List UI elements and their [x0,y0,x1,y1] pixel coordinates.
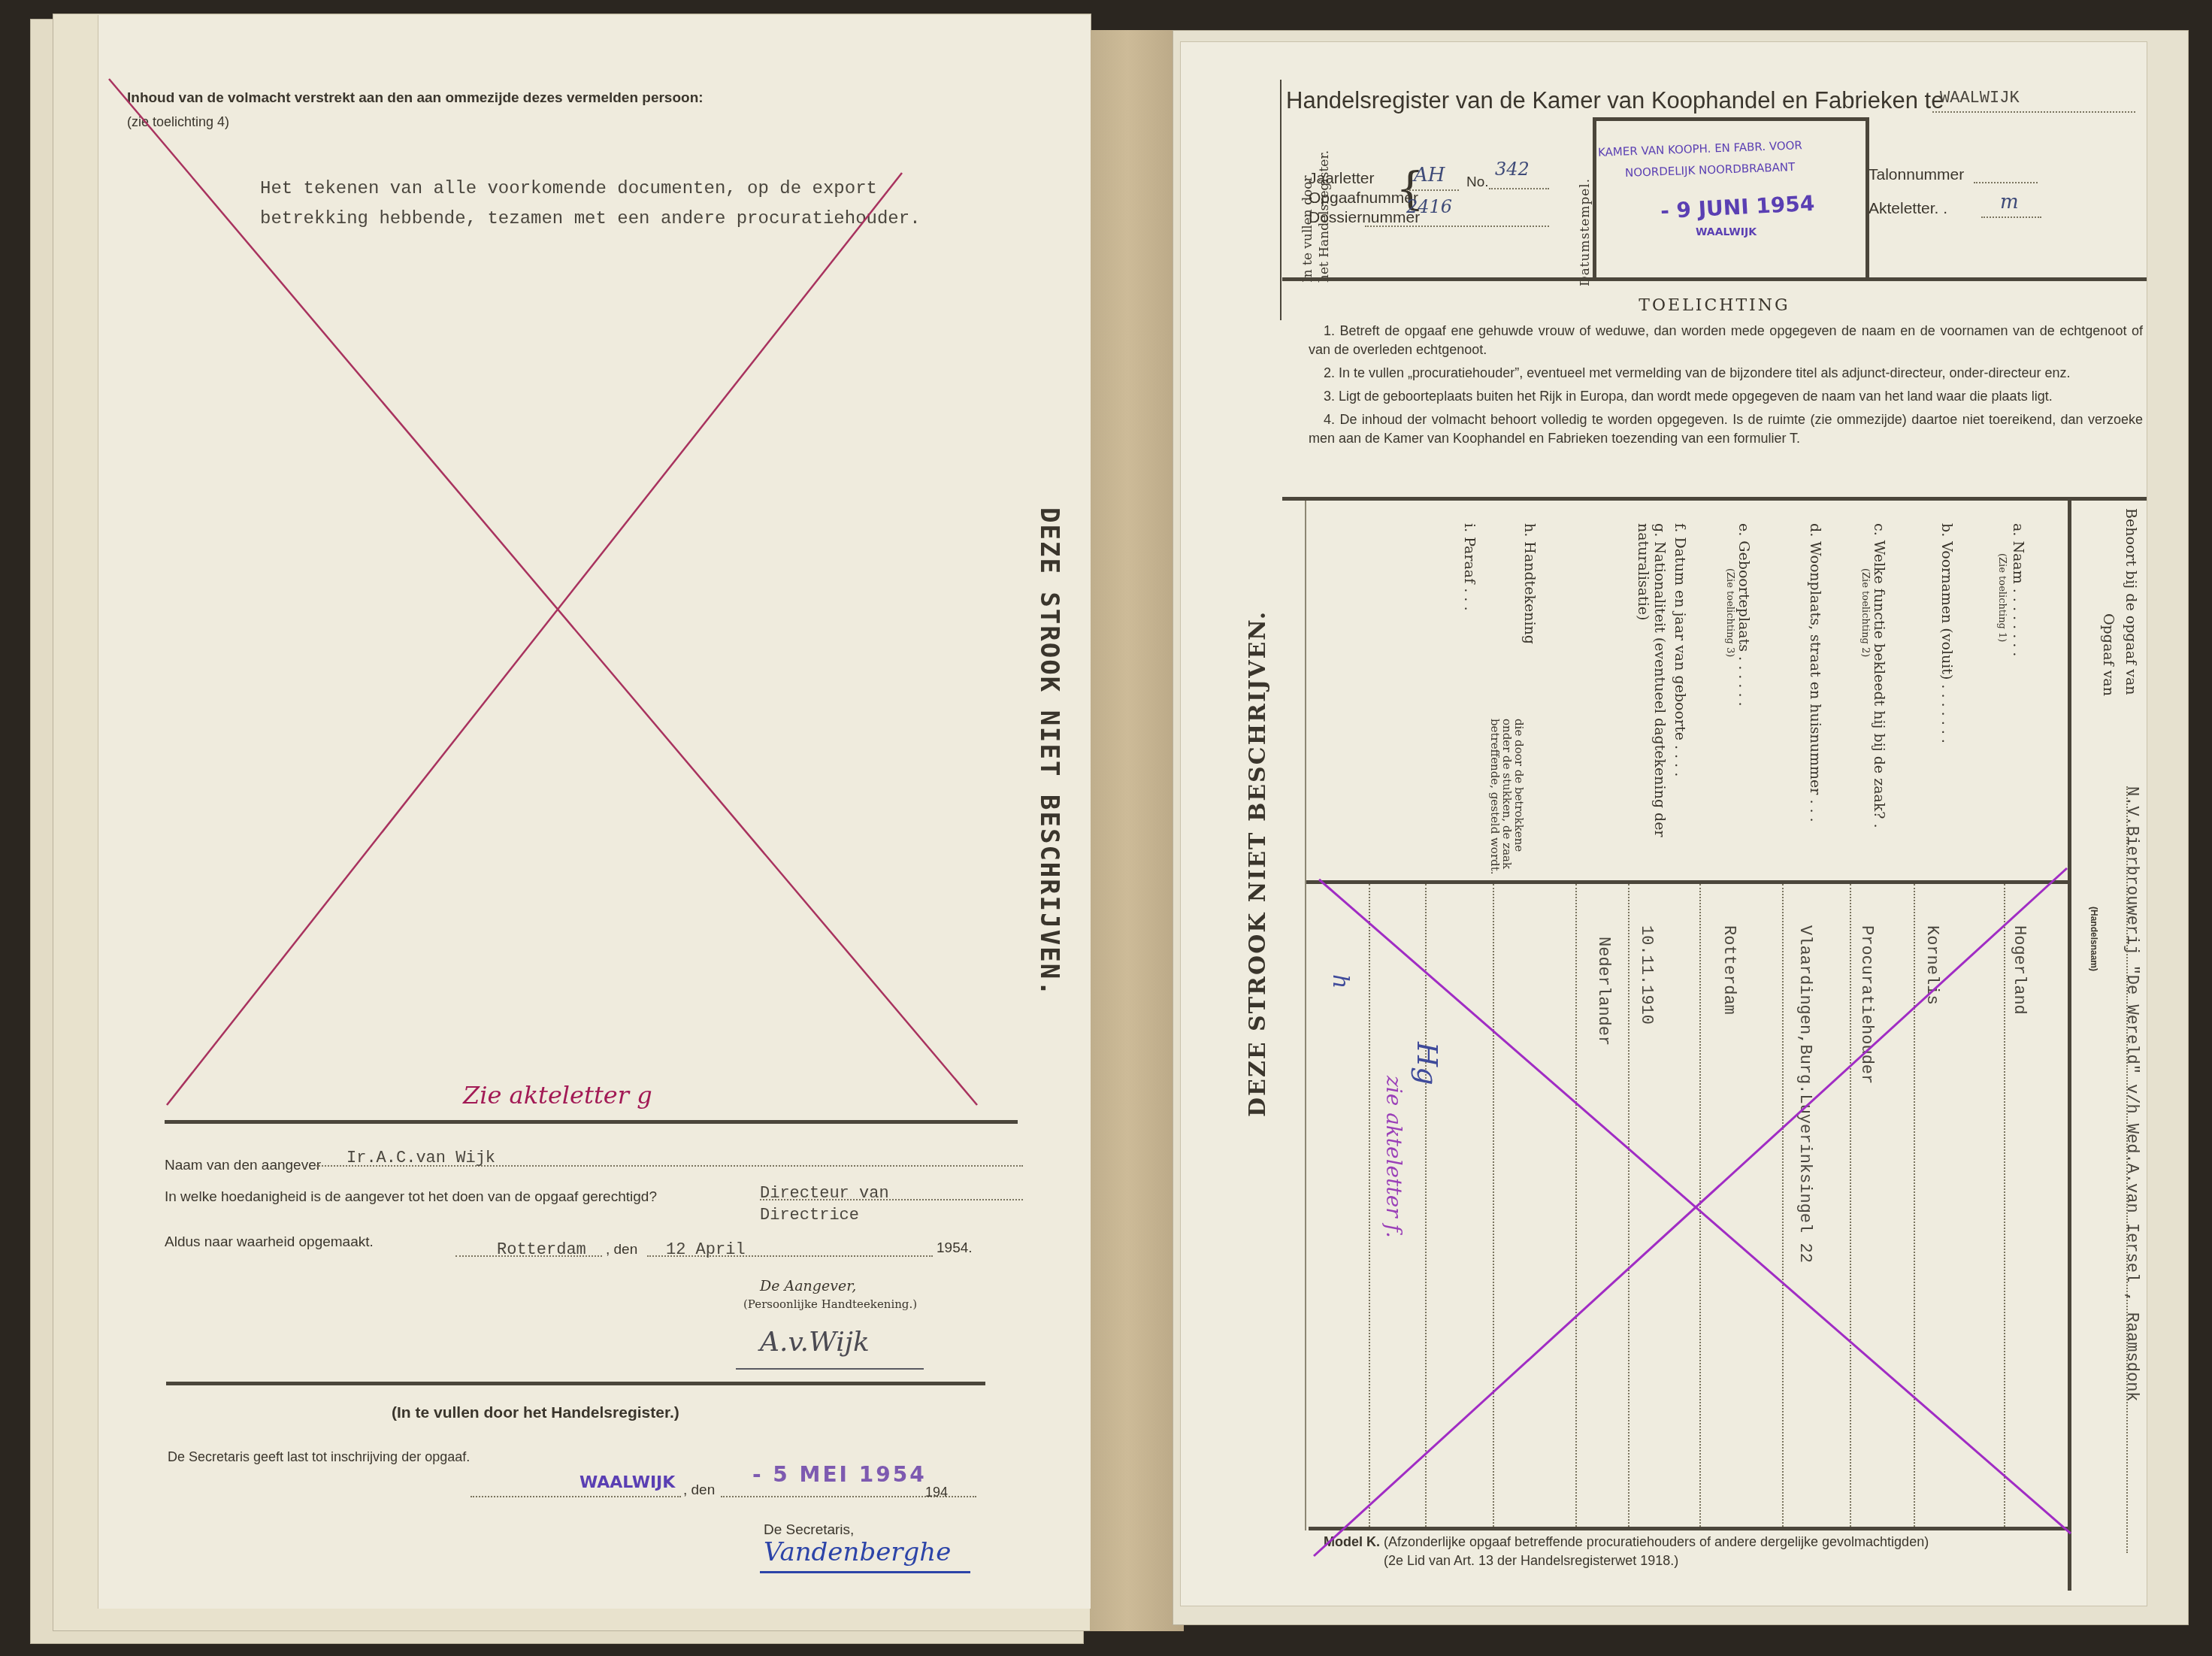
right-page-cancel-cross [0,0,2212,1656]
